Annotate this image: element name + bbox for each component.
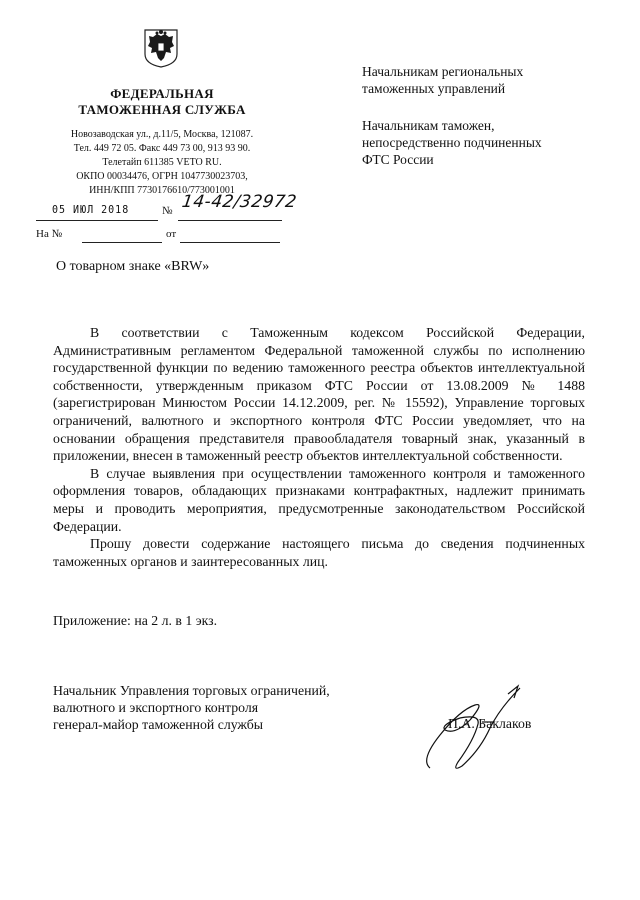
signatory-title: Начальник Управления торговых ограничени… <box>53 682 330 733</box>
reference-date-line <box>180 230 280 243</box>
russian-coat-of-arms-icon <box>143 28 179 68</box>
phone-line: Тел. 449 72 05. Факс 449 73 00, 913 93 9… <box>52 142 272 156</box>
signatory-title-line: валютного и экспортного контроля <box>53 699 330 716</box>
teletype-line: Телетайп 611385 VETO RU. <box>52 156 272 170</box>
number-label: № <box>162 205 173 217</box>
addressee-line: Начальникам таможен, <box>362 117 542 134</box>
signatory-title-line: генерал-майор таможенной службы <box>53 716 330 733</box>
organization-address: Новозаводская ул., д.11/5, Москва, 12108… <box>52 128 272 198</box>
org-name-line-2: ТАМОЖЕННАЯ СЛУЖБА <box>62 102 262 118</box>
addressee-regional: Начальникам региональных таможенных упра… <box>362 63 523 97</box>
addressee-line: непосредственно подчиненных <box>362 134 542 151</box>
org-name-line-1: ФЕДЕРАЛЬНАЯ <box>62 86 262 102</box>
address-line: Новозаводская ул., д.11/5, Москва, 12108… <box>52 128 272 142</box>
body-paragraph: В случае выявления при осуществлении там… <box>53 465 585 535</box>
addressee-line: таможенных управлений <box>362 80 523 97</box>
addressee-line: Начальникам региональных <box>362 63 523 80</box>
addressee-line: ФТС России <box>362 151 542 168</box>
reference-label: На № <box>36 228 62 240</box>
body-paragraph: В соответствии с Таможенным кодексом Рос… <box>53 324 585 465</box>
handwritten-signature-icon <box>400 680 560 780</box>
organization-name: ФЕДЕРАЛЬНАЯ ТАМОЖЕННАЯ СЛУЖБА <box>62 86 262 118</box>
body-paragraph: Прошу довести содержание настоящего пись… <box>53 535 585 570</box>
document-number: 14-42/32972 <box>181 192 299 212</box>
attachment-note: Приложение: на 2 л. в 1 экз. <box>53 613 217 629</box>
document-date: 05 ИЮЛ 2018 <box>52 204 129 216</box>
addressee-customs: Начальникам таможен, непосредственно под… <box>362 117 542 168</box>
okpo-ogrn-line: ОКПО 00034476, ОГРН 1047730023703, <box>52 170 272 184</box>
reference-from-label: от <box>166 228 176 240</box>
letter-body: В соответствии с Таможенным кодексом Рос… <box>53 324 585 570</box>
signatory-title-line: Начальник Управления торговых ограничени… <box>53 682 330 699</box>
reference-number-line <box>82 230 162 243</box>
letter-subject: О товарном знаке «BRW» <box>56 259 209 275</box>
